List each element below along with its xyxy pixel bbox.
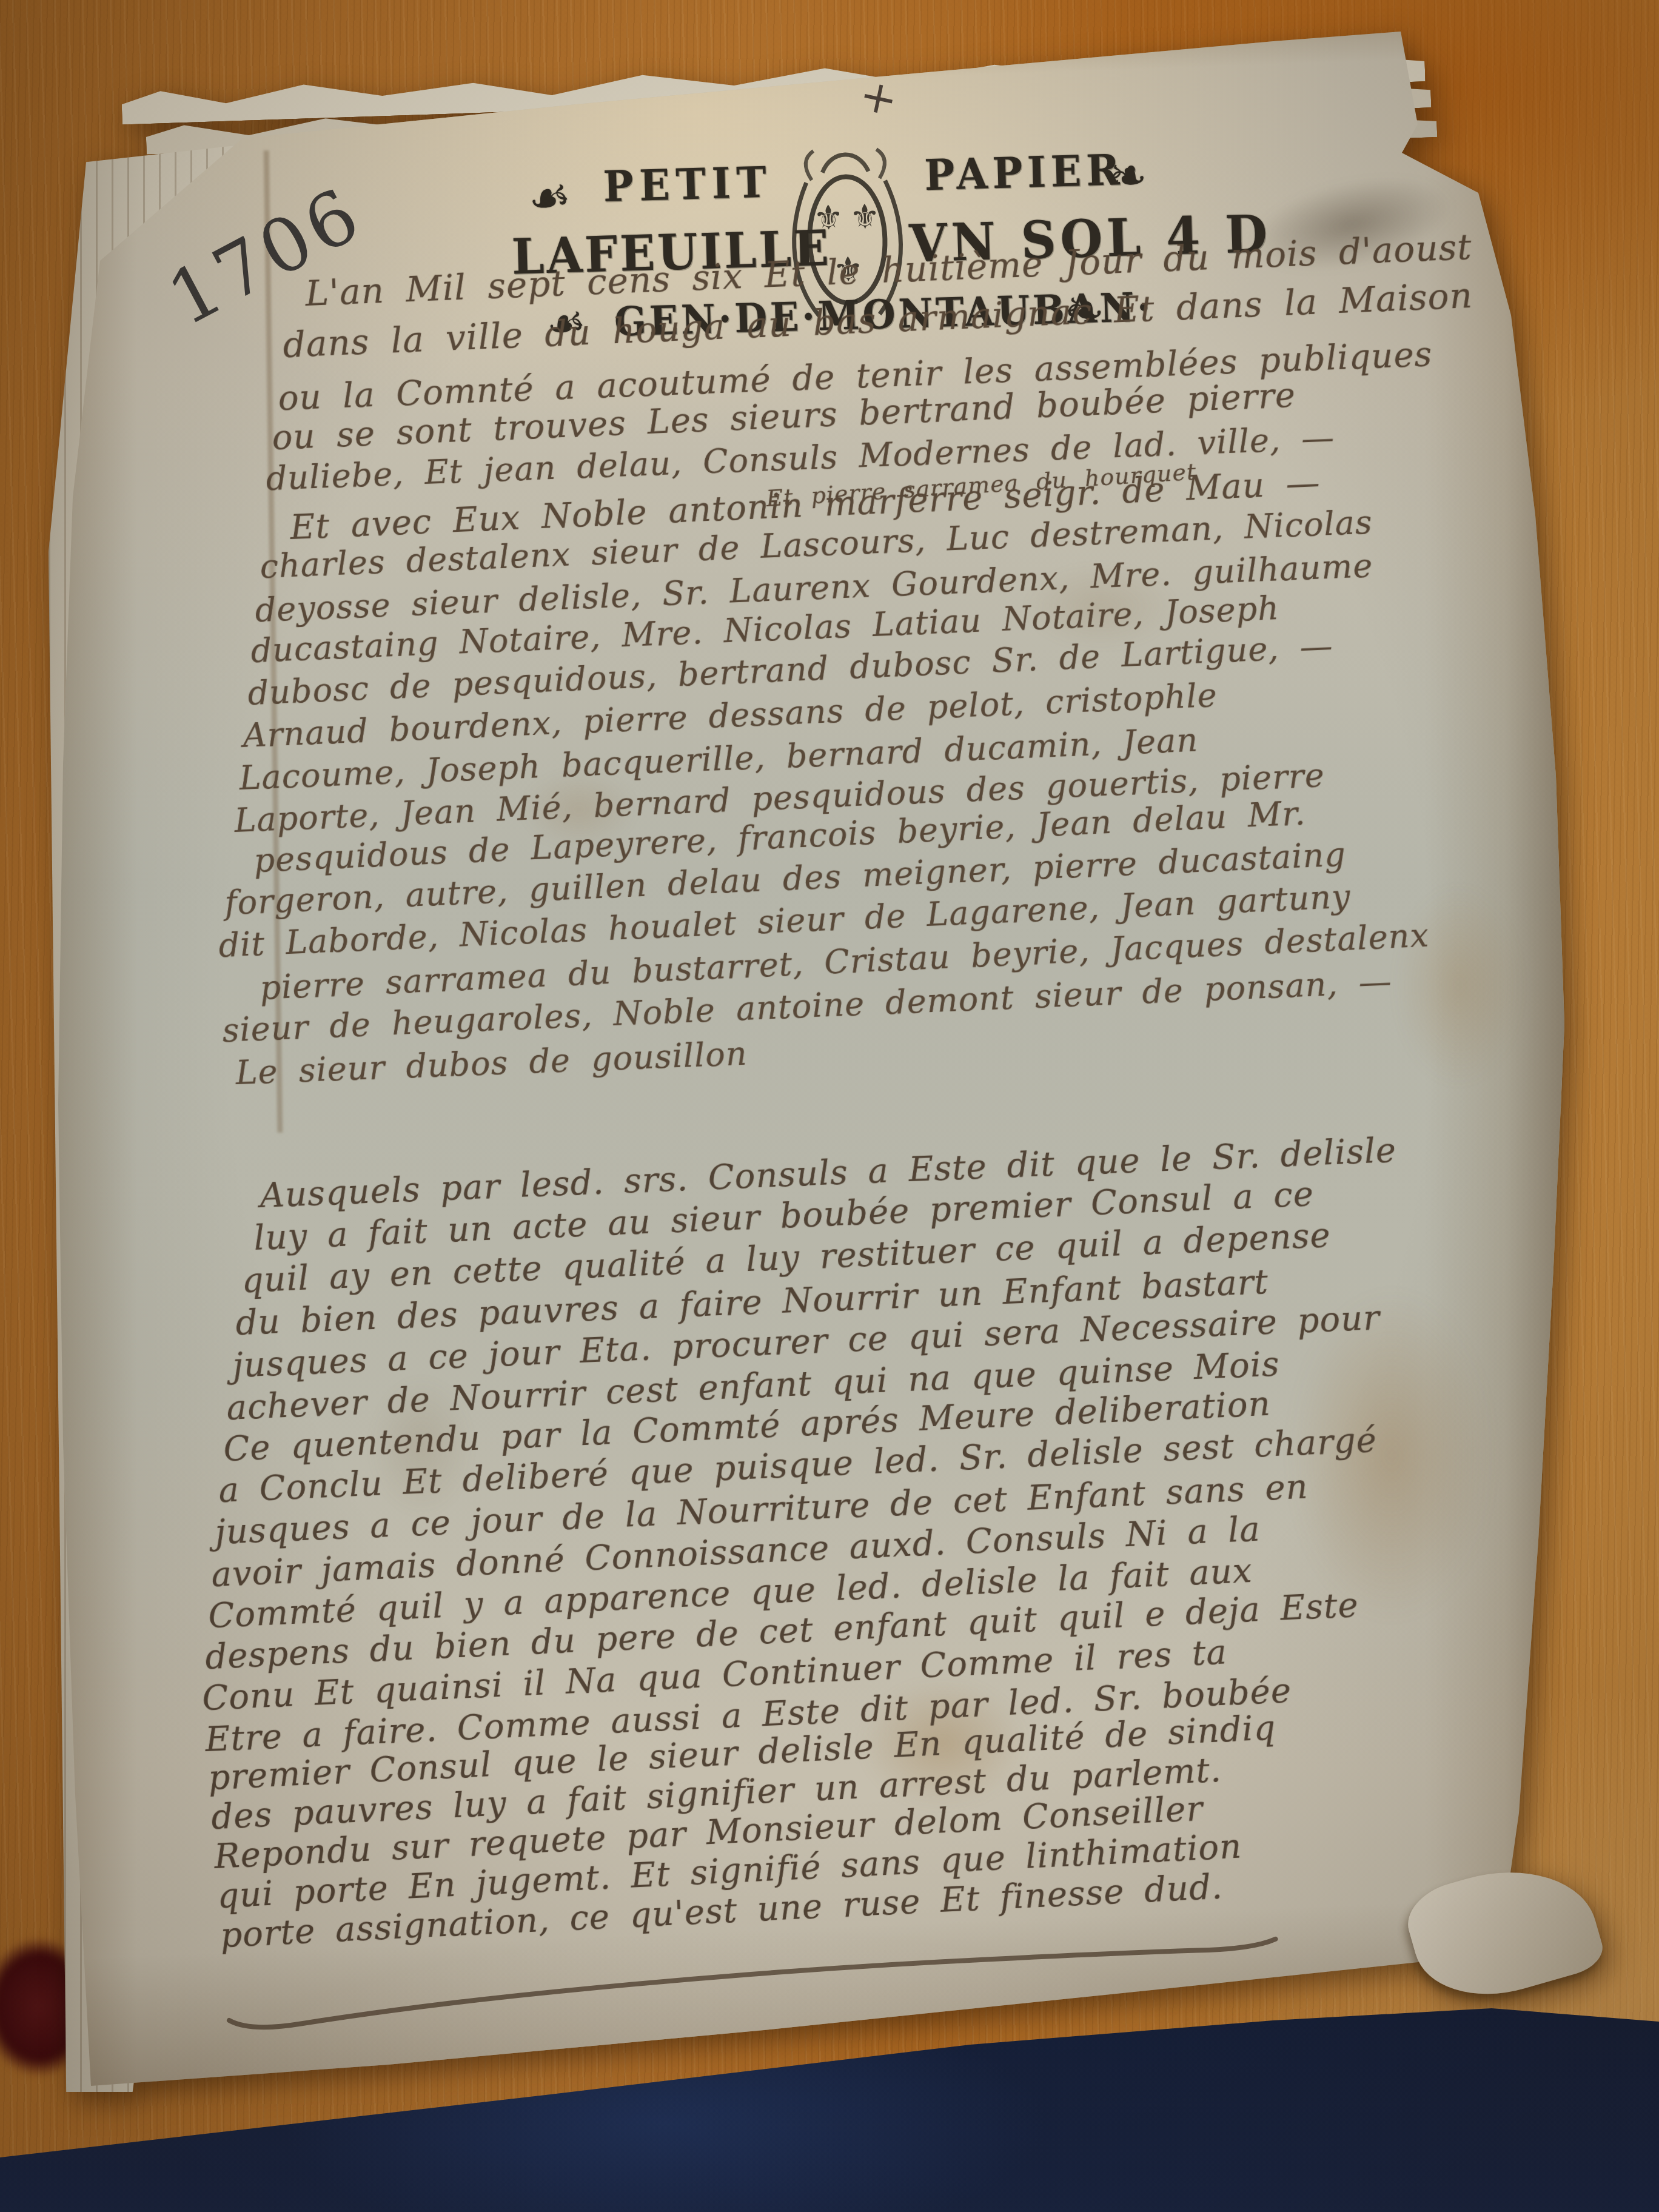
fleuron-icon: ☙ [524, 167, 575, 228]
svg-text:⚜: ⚜ [813, 198, 844, 238]
svg-text:⚜: ⚜ [849, 197, 880, 237]
fleuron-icon: ❧ [1105, 148, 1149, 206]
manuscript-page: 1706 + 1/el. ☙ PETIT PAPIER· ❧ LAFEUILLE… [0, 0, 1659, 2212]
water-stain [1395, 885, 1522, 1085]
corner-inscription: 1/el. [1165, 0, 1231, 41]
photograph-of-1706-manuscript: 4. 4. 1706 + 1/el. [0, 0, 1659, 2212]
stamp-word-petit: PETIT [603, 157, 773, 212]
paper-stack: 4. 4. 1706 + 1/el. [0, 0, 1659, 2212]
